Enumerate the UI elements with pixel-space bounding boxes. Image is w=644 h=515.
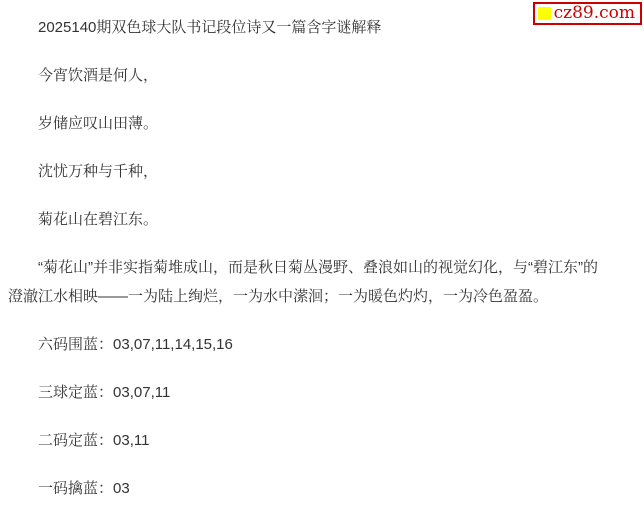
prediction-label: 二码定蓝 xyxy=(38,432,98,449)
poem-line-3: 沈忧万种与千种， xyxy=(8,157,634,186)
colon-separator: ： xyxy=(98,480,113,497)
prediction-numbers: 03,07,11 xyxy=(113,384,170,401)
prediction-line-one-code: 一码擒蓝：03 xyxy=(8,474,634,503)
poem-line-4: 菊花山在碧江东。 xyxy=(8,205,634,234)
explanation-line-2: 澄澈江水相映——一为陆上绚烂，一为水中潆洄；一为暖色灼灼，一为冷色盈盈。 xyxy=(8,282,634,311)
prediction-line-six-codes: 六码围蓝：03,07,11,14,15,16 xyxy=(8,330,634,359)
site-logo[interactable]: cz89.com xyxy=(533,2,642,25)
prediction-label: 六码围蓝 xyxy=(38,336,98,353)
colon-separator: ： xyxy=(98,336,113,353)
logo-text: cz89.com xyxy=(554,5,635,22)
explanation-line-1: “菊花山”并非实指菊堆成山，而是秋日菊丛漫野、叠浪如山的视觉幻化，与“碧江东”的 xyxy=(8,253,634,282)
poem-line-2: 岁储应叹山田薄。 xyxy=(8,109,634,138)
prediction-numbers: 03 xyxy=(113,480,130,497)
article-page: cz89.com 2025140期双色球大队书记段位诗又一篇含字谜解释 今宵饮酒… xyxy=(0,0,644,503)
prediction-line-two-codes: 二码定蓝：03,11 xyxy=(8,426,634,455)
colon-separator: ： xyxy=(98,384,113,401)
prediction-numbers: 03,07,11,14,15,16 xyxy=(113,336,233,353)
prediction-label: 三球定蓝 xyxy=(38,384,98,401)
prediction-line-three-balls: 三球定蓝：03,07,11 xyxy=(8,378,634,407)
logo-square-icon xyxy=(538,7,551,20)
poem-line-1: 今宵饮酒是何人， xyxy=(8,61,634,90)
colon-separator: ： xyxy=(98,432,113,449)
prediction-numbers: 03,11 xyxy=(113,432,149,449)
prediction-label: 一码擒蓝 xyxy=(38,480,98,497)
explanation-paragraph: “菊花山”并非实指菊堆成山，而是秋日菊丛漫野、叠浪如山的视觉幻化，与“碧江东”的… xyxy=(8,253,634,311)
